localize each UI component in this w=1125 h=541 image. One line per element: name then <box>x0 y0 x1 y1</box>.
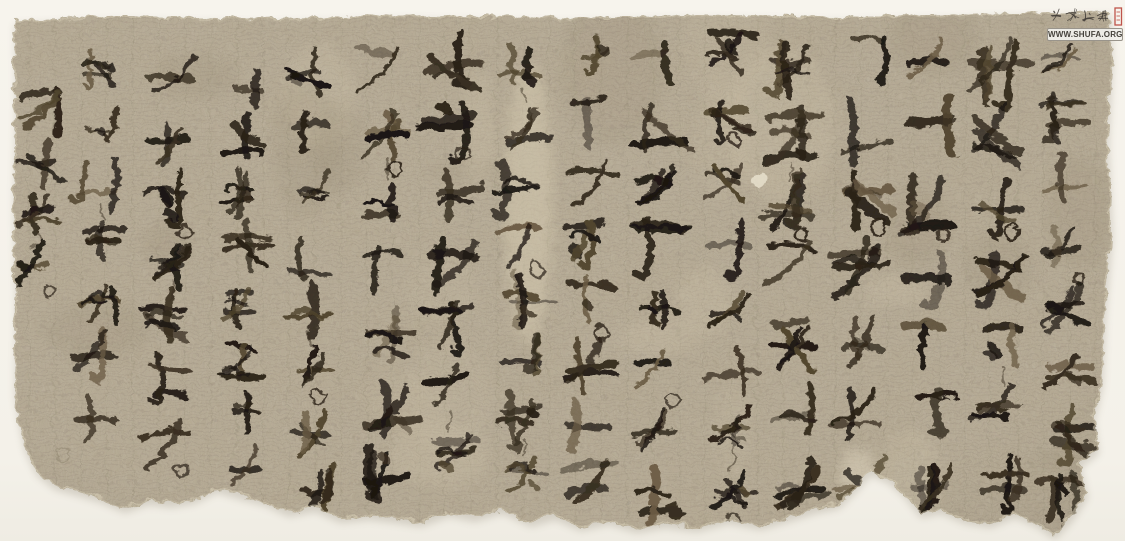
paper-fragment <box>0 0 1125 541</box>
manuscript-photo: WWW.SHUFA.ORG <box>0 0 1125 541</box>
manuscript-fragment-art <box>0 0 1125 541</box>
